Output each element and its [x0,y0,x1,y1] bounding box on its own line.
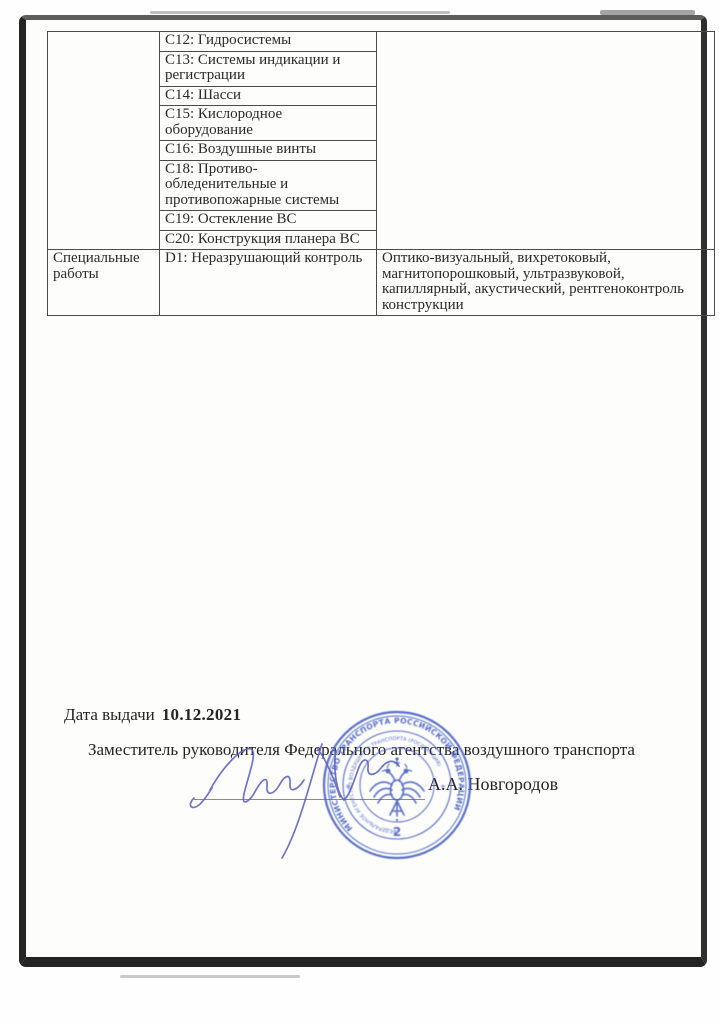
table-row: C12: Гидросистемы [48,32,715,52]
category-cell: Специальные работы [48,250,160,316]
system-cell: C14: Шасси [160,86,377,106]
system-cell: C19: Остекление ВС [160,211,377,231]
details-cell-empty [377,32,715,250]
signature-stroke [190,744,399,858]
system-cell: C20: Конструкция планера ВС [160,230,377,250]
scan-artifact [120,975,300,978]
system-cell: C16: Воздушные винты [160,141,377,161]
signature-scribble [150,698,480,873]
issue-date-label: Дата выдачи [64,705,155,724]
methods-cell: Оптико-визуальный, вихретоковый, магнито… [377,250,715,316]
system-cell: C13: Системы индикации и регистрации [160,51,377,86]
table-row-special-works: Специальные работы D1: Неразрушающий кон… [48,250,715,316]
scanned-page: C12: Гидросистемы C13: Системы индикации… [0,0,719,1024]
scan-artifact [600,10,695,15]
category-cell-empty [48,32,160,250]
system-cell: D1: Неразрушающий контроль [160,250,377,316]
works-table: C12: Гидросистемы C13: Системы индикации… [47,31,715,316]
system-cell: C12: Гидросистемы [160,32,377,52]
system-cell: C15: Кислородное оборудование [160,106,377,141]
scan-artifact [150,11,450,14]
system-cell: C18: Противо- обледенительные и противоп… [160,160,377,211]
